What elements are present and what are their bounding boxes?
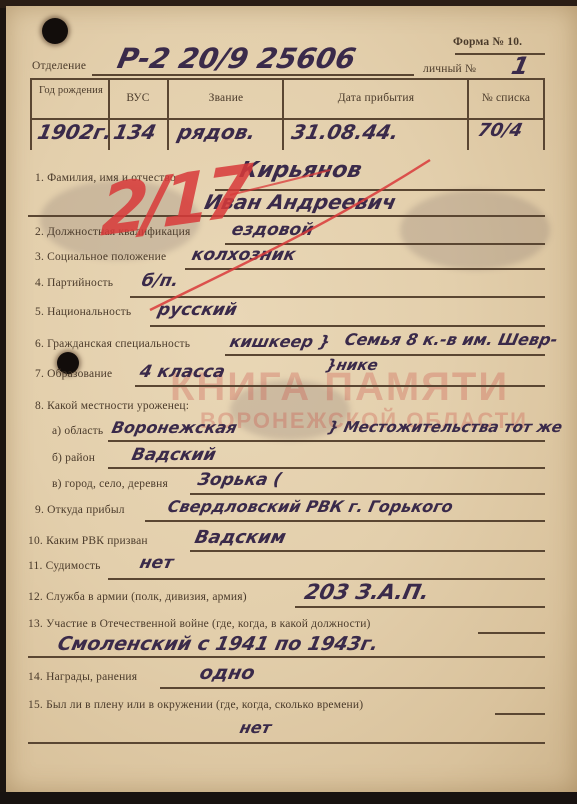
red-pencil-strike — [0, 0, 577, 804]
